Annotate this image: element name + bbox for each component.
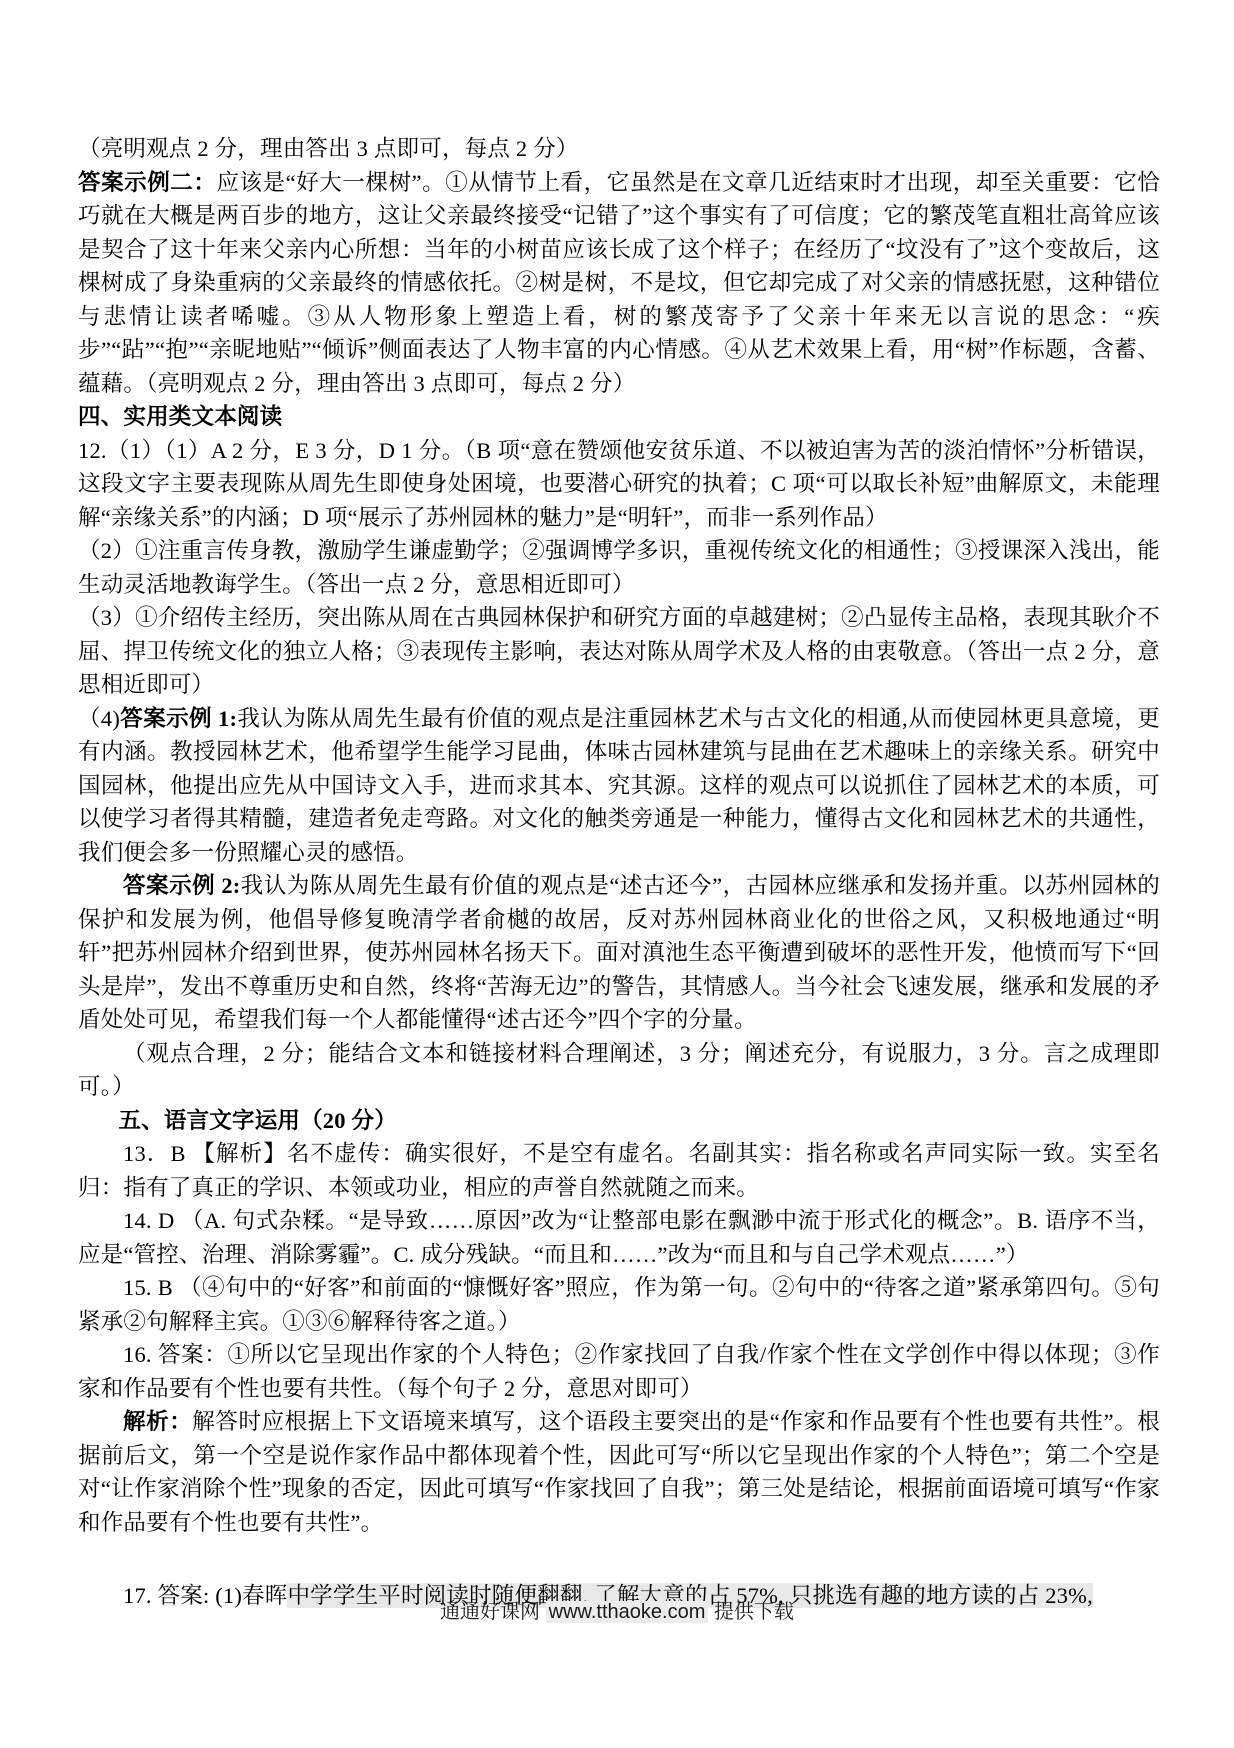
answer-12-3: （3）①介绍传主经历，突出陈从周在古典园林保护和研究方面的卓越建树；②凸显传主品… [78,601,1160,702]
answer-12-1: 12.（1）（1）A 2 分，E 3 分，D 1 分。（B 项“意在赞颂他安贫乐… [78,434,1160,535]
answer-14: 14. D （A. 句式杂糅。“是导致……原因”改为“让整部电影在飘渺中流于形式… [78,1204,1160,1271]
paragraph-text: 解答时应根据上下文语境来填写，这个语段主要突出的是“作家和作品要有个性也要有共性… [78,1409,1160,1535]
answer-example-label: 答案示例 2: [123,873,240,898]
paragraph-text: 12.（1）（1）A 2 分，E 3 分，D 1 分。（B 项“意在赞颂他安贫乐… [78,438,1160,530]
paragraph-text: （观点合理，2 分；能结合文本和链接材料合理阐述，3 分；阐述充分，有说服力，3… [78,1041,1160,1100]
score-note-top: （亮明观点 2 分，理由答出 3 点即可，每点 2 分） [78,132,1160,166]
paragraph-pre: （4) [78,706,120,731]
footer: 通通好课网 www.tthaoke.com 提供下载 [0,1597,1234,1627]
answer-13: 13．B 【解析】名不虚传：确实很好，不是空有虚名。名副其实：指名称或名声同实际… [78,1137,1160,1204]
heading-text: 五、语言文字运用（20 分） [119,1108,397,1133]
footer-site-name: 通通好课网 [440,1601,540,1623]
paragraph-text: 15. B （④句中的“好客”和前面的“慷慨好客”照应，作为第一句。②句中的“待… [78,1275,1160,1334]
answer-example-label: 答案示例 1: [120,706,237,731]
answer-12-2: （2）①注重言传身教，激励学生谦虚勤学；②强调博学多识，重视传统文化的相通性；③… [78,534,1160,601]
answer-example-2-tree: 答案示例二：应该是“好大一棵树”。①从情节上看，它虽然是在文章几近结束时才出现，… [78,166,1160,401]
section-heading-5: 五、语言文字运用（20 分） [78,1104,1160,1138]
paragraph-text: 13．B 【解析】名不虚传：确实很好，不是空有虚名。名副其实：指名称或名声同实际… [78,1141,1160,1200]
answer-16: 16. 答案：①所以它呈现出作家的个人特色；②作家找回了自我/作家个性在文学创作… [78,1338,1160,1405]
analysis-label: 解析： [123,1409,192,1434]
paragraph-text: 我认为陈从周先生最有价值的观点是“述古还今”，古园林应继承和发扬并重。以苏州园林… [78,873,1160,1032]
paragraph-text: 应该是“好大一棵树”。①从情节上看，它虽然是在文章几近结束时才出现，却至关重要：… [78,170,1160,396]
paragraph-text: 我认为陈从周先生最有价值的观点是注重园林艺术与古文化的相通,从而使园林更具意境，… [78,706,1160,865]
paragraph-text: （亮明观点 2 分，理由答出 3 点即可，每点 2 分） [78,136,579,161]
section-heading-4: 四、实用类文本阅读 [78,400,1160,434]
heading-text: 四、实用类文本阅读 [78,404,282,429]
answer-key-document: （亮明观点 2 分，理由答出 3 点即可，每点 2 分） 答案示例二：应该是“好… [78,132,1160,1613]
paragraph-text: （3）①介绍传主经历，突出陈从周在古典园林保护和研究方面的卓越建树；②凸显传主品… [78,605,1160,697]
footer-download-text: 提供下载 [714,1601,794,1623]
answer-12-4-example-1: （4)答案示例 1:我认为陈从周先生最有价值的观点是注重园林艺术与古文化的相通,… [78,702,1160,870]
answer-12-4-example-2: 答案示例 2:我认为陈从周先生最有价值的观点是“述古还今”，古园林应继承和发扬并… [78,869,1160,1037]
paragraph-text: 16. 答案：①所以它呈现出作家的个人特色；②作家找回了自我/作家个性在文学创作… [78,1342,1160,1401]
answer-15: 15. B （④句中的“好客”和前面的“慷慨好客”照应，作为第一句。②句中的“待… [78,1271,1160,1338]
footer-url: www.tthaoke.com [546,1601,709,1623]
answer-example-label: 答案示例二： [78,170,216,195]
paragraph-text: （2）①注重言传身教，激励学生谦虚勤学；②强调博学多识，重视传统文化的相通性；③… [78,538,1160,597]
analysis-16: 解析：解答时应根据上下文语境来填写，这个语段主要突出的是“作家和作品要有个性也要… [78,1405,1160,1539]
scoring-note-12-4: （观点合理，2 分；能结合文本和链接材料合理阐述，3 分；阐述充分，有说服力，3… [78,1037,1160,1104]
paragraph-text: 14. D （A. 句式杂糅。“是导致……原因”改为“让整部电影在飘渺中流于形式… [78,1208,1160,1267]
